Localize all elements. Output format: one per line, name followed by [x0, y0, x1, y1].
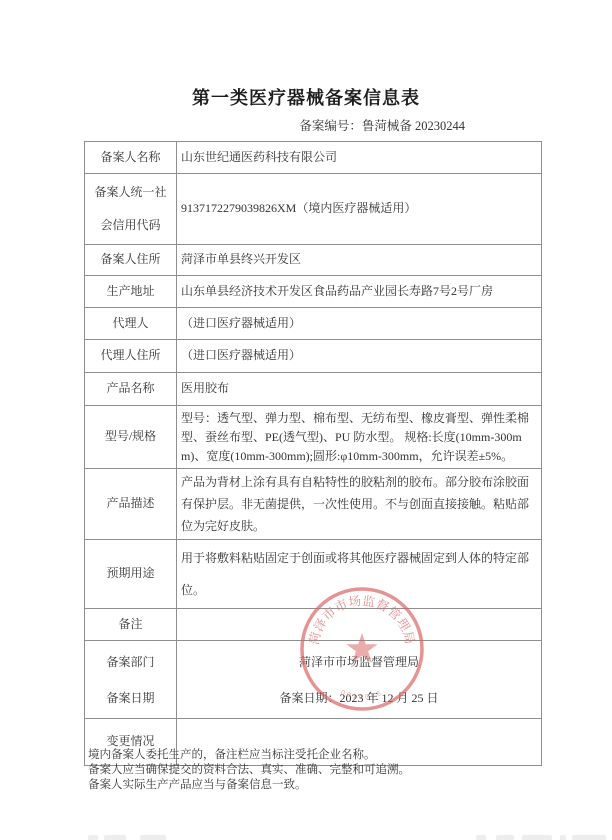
dept-date-values: 菏泽市市场监督管理局 备案日期：2023 年 12 月 25 日 — [181, 654, 537, 706]
row-value: 山东单县经济技术开发区食品药品产业园长寿路7号2号厂房 — [177, 276, 542, 308]
scan-artifact — [572, 835, 606, 840]
row-label: 备案人名称 — [85, 142, 177, 174]
row-label: 备案人住所 — [85, 245, 177, 276]
table-row: 产品描述 产品为背材上涂有具有自粘特性的胶粘剂的胶布。部分胶布涂胶面有保护层。非… — [85, 469, 542, 540]
row-value: 医用胶布 — [177, 373, 542, 406]
row-value: （进口医疗器械适用） — [177, 308, 542, 340]
table-row: 备案人统一社会信用代码 9137172279039826XM（境内医疗器械适用） — [85, 174, 542, 245]
scan-artifact — [522, 835, 552, 840]
row-label: 生产地址 — [85, 276, 177, 308]
row-value: 产品为背材上涂有具有自粘特性的胶粘剂的胶布。部分胶布涂胶面有保护层。非无菌提供，… — [177, 469, 542, 540]
row-value: 山东世纪通医药科技有限公司 — [177, 142, 542, 174]
row-label: 备案人统一社会信用代码 — [85, 174, 177, 245]
footer-note-line: 备案人应当确保提交的资料合法、真实、准确、完整和可追溯。 — [88, 763, 558, 778]
page-bottom-scan-artifacts — [0, 833, 612, 840]
scan-artifact — [476, 835, 486, 840]
row-value: 9137172279039826XM（境内医疗器械适用） — [177, 174, 542, 245]
table-row: 代理人住所 （进口医疗器械适用） — [85, 340, 542, 373]
table-row-filing-dept: 备案部门 备案日期 菏泽市市场监督管理局 备案日期：2023 年 12 月 25… — [85, 641, 542, 719]
table-row: 备案人住所 菏泽市单县终兴开发区 — [85, 245, 542, 276]
page-title: 第一类医疗器械备案信息表 — [0, 84, 612, 110]
table-row: 代理人 （进口医疗器械适用） — [85, 308, 542, 340]
filing-info-table: 备案人名称 山东世纪通医药科技有限公司 备案人统一社会信用代码 91371722… — [84, 141, 542, 766]
table-row: 备案人名称 山东世纪通医药科技有限公司 — [85, 142, 542, 174]
row-value — [177, 609, 542, 641]
row-label: 产品名称 — [85, 373, 177, 406]
footer-notes: 境内备案人委托生产的，备注栏应当标注受托企业名称。 备案人应当确保提交的资料合法… — [88, 748, 558, 793]
table-row: 型号/规格 型号：透气型、弹力型、棉布型、无纺布型、橡皮膏型、弹性柔棉型、蚕丝布… — [85, 406, 542, 469]
scanned-filing-form-page: { "page": { "title": "第一类医疗器械备案信息表", "fi… — [0, 0, 612, 840]
row-value: 用于将敷料粘贴固定于创面或将其他医疗器械固定到人体的特定部位。 — [177, 540, 542, 609]
table-row: 备注 — [85, 609, 542, 641]
dept-label: 备案部门 — [89, 654, 172, 670]
dept-date-labels: 备案部门 备案日期 — [89, 654, 172, 706]
row-label: 备案部门 备案日期 — [85, 641, 177, 719]
row-value: 菏泽市单县终兴开发区 — [177, 245, 542, 276]
scan-artifact — [560, 835, 566, 840]
filing-number: 备案编号：鲁菏械备 20230244 — [0, 116, 612, 134]
scan-artifact — [88, 835, 98, 840]
scan-artifact — [104, 835, 126, 840]
date-value: 备案日期：2023 年 12 月 25 日 — [181, 690, 537, 706]
row-label: 代理人住所 — [85, 340, 177, 373]
footer-note-line: 境内备案人委托生产的，备注栏应当标注受托企业名称。 — [88, 748, 558, 763]
row-value: 菏泽市市场监督管理局 备案日期：2023 年 12 月 25 日 — [177, 641, 542, 719]
row-value: （进口医疗器械适用） — [177, 340, 542, 373]
date-label: 备案日期 — [89, 690, 172, 706]
row-label: 代理人 — [85, 308, 177, 340]
scan-artifact — [496, 835, 514, 840]
row-label: 备注 — [85, 609, 177, 641]
row-label: 型号/规格 — [85, 406, 177, 469]
row-label: 产品描述 — [85, 469, 177, 540]
table-row: 生产地址 山东单县经济技术开发区食品药品产业园长寿路7号2号厂房 — [85, 276, 542, 308]
dept-value: 菏泽市市场监督管理局 — [181, 654, 537, 670]
row-value: 型号：透气型、弹力型、棉布型、无纺布型、橡皮膏型、弹性柔棉型、蚕丝布型、PE(透… — [177, 406, 542, 469]
footer-note-line: 备案人实际生产产品应当与备案信息一致。 — [88, 778, 558, 793]
scan-artifact — [140, 835, 166, 840]
row-label: 预期用途 — [85, 540, 177, 609]
table-row: 预期用途 用于将敷料粘贴固定于创面或将其他医疗器械固定到人体的特定部位。 — [85, 540, 542, 609]
table-row: 产品名称 医用胶布 — [85, 373, 542, 406]
